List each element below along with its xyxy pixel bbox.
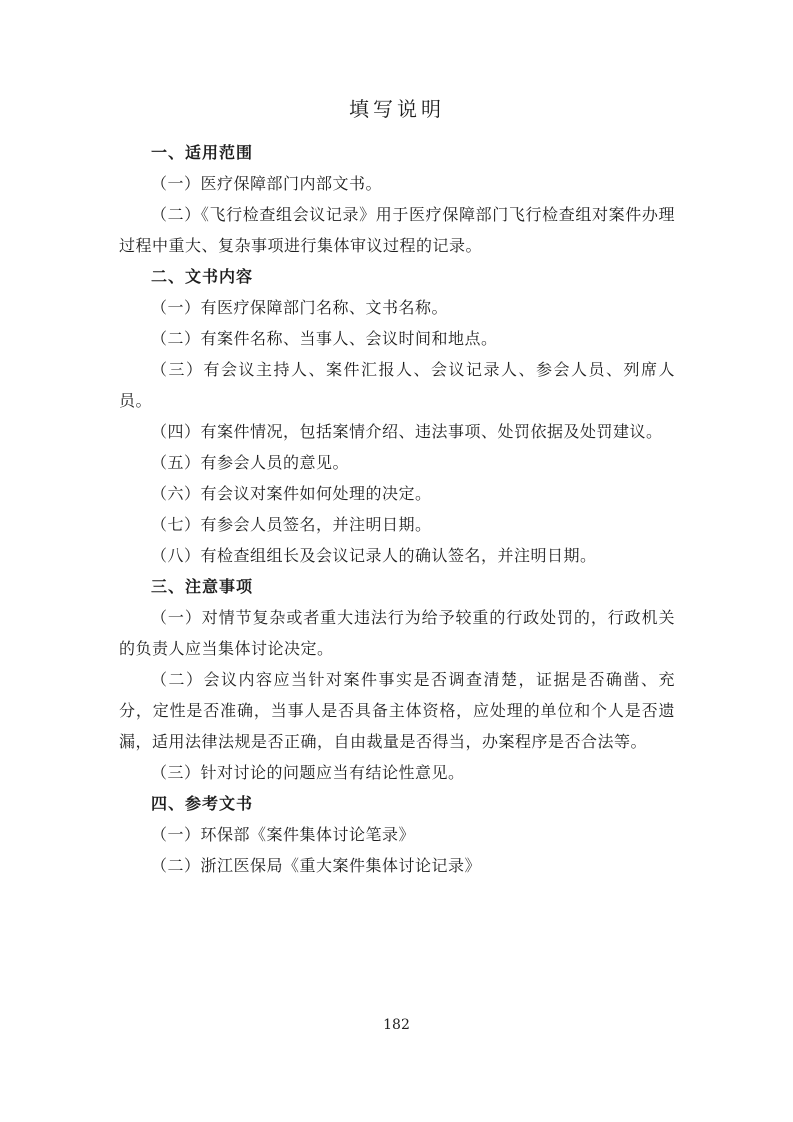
section-heading: 四、参考文书	[119, 788, 675, 819]
paragraph: （二）会议内容应当针对案件事实是否调查清楚，证据是否确凿、充分，定性是否准确，当…	[119, 664, 675, 757]
section-heading: 二、文书内容	[119, 261, 675, 292]
section-document-content: 二、文书内容 （一）有医疗保障部门名称、文书名称。 （二）有案件名称、当事人、会…	[119, 261, 675, 571]
paragraph: （八）有检查组组长及会议记录人的确认签名，并注明日期。	[119, 540, 675, 571]
paragraph: （一）环保部《案件集体讨论笔录》	[119, 819, 675, 850]
section-heading: 一、适用范围	[119, 137, 675, 168]
document-title: 填写说明	[119, 95, 675, 123]
paragraph: （四）有案件情况，包括案情介绍、违法事项、处罚依据及处罚建议。	[119, 416, 675, 447]
page-number: 182	[0, 1015, 793, 1035]
paragraph: （二）有案件名称、当事人、会议时间和地点。	[119, 323, 675, 354]
paragraph: （五）有参会人员的意见。	[119, 447, 675, 478]
paragraph: （三）针对讨论的问题应当有结论性意见。	[119, 757, 675, 788]
paragraph: （二）《飞行检查组会议记录》用于医疗保障部门飞行检查组对案件办理过程中重大、复杂…	[119, 199, 675, 261]
paragraph: （七）有参会人员签名，并注明日期。	[119, 509, 675, 540]
paragraph: （二）浙江医保局《重大案件集体讨论记录》	[119, 850, 675, 881]
section-notes: 三、注意事项 （一）对情节复杂或者重大违法行为给予较重的行政处罚的，行政机关的负…	[119, 571, 675, 788]
section-applicable-scope: 一、适用范围 （一）医疗保障部门内部文书。 （二）《飞行检查组会议记录》用于医疗…	[119, 137, 675, 261]
paragraph: （一）医疗保障部门内部文书。	[119, 168, 675, 199]
paragraph: （三）有会议主持人、案件汇报人、会议记录人、参会人员、列席人员。	[119, 354, 675, 416]
section-heading: 三、注意事项	[119, 571, 675, 602]
paragraph: （六）有会议对案件如何处理的决定。	[119, 478, 675, 509]
document-body: 填写说明 一、适用范围 （一）医疗保障部门内部文书。 （二）《飞行检查组会议记录…	[119, 95, 675, 881]
paragraph: （一）对情节复杂或者重大违法行为给予较重的行政处罚的，行政机关的负责人应当集体讨…	[119, 602, 675, 664]
paragraph: （一）有医疗保障部门名称、文书名称。	[119, 292, 675, 323]
document-page: 填写说明 一、适用范围 （一）医疗保障部门内部文书。 （二）《飞行检查组会议记录…	[0, 0, 793, 1122]
section-reference-documents: 四、参考文书 （一）环保部《案件集体讨论笔录》 （二）浙江医保局《重大案件集体讨…	[119, 788, 675, 881]
